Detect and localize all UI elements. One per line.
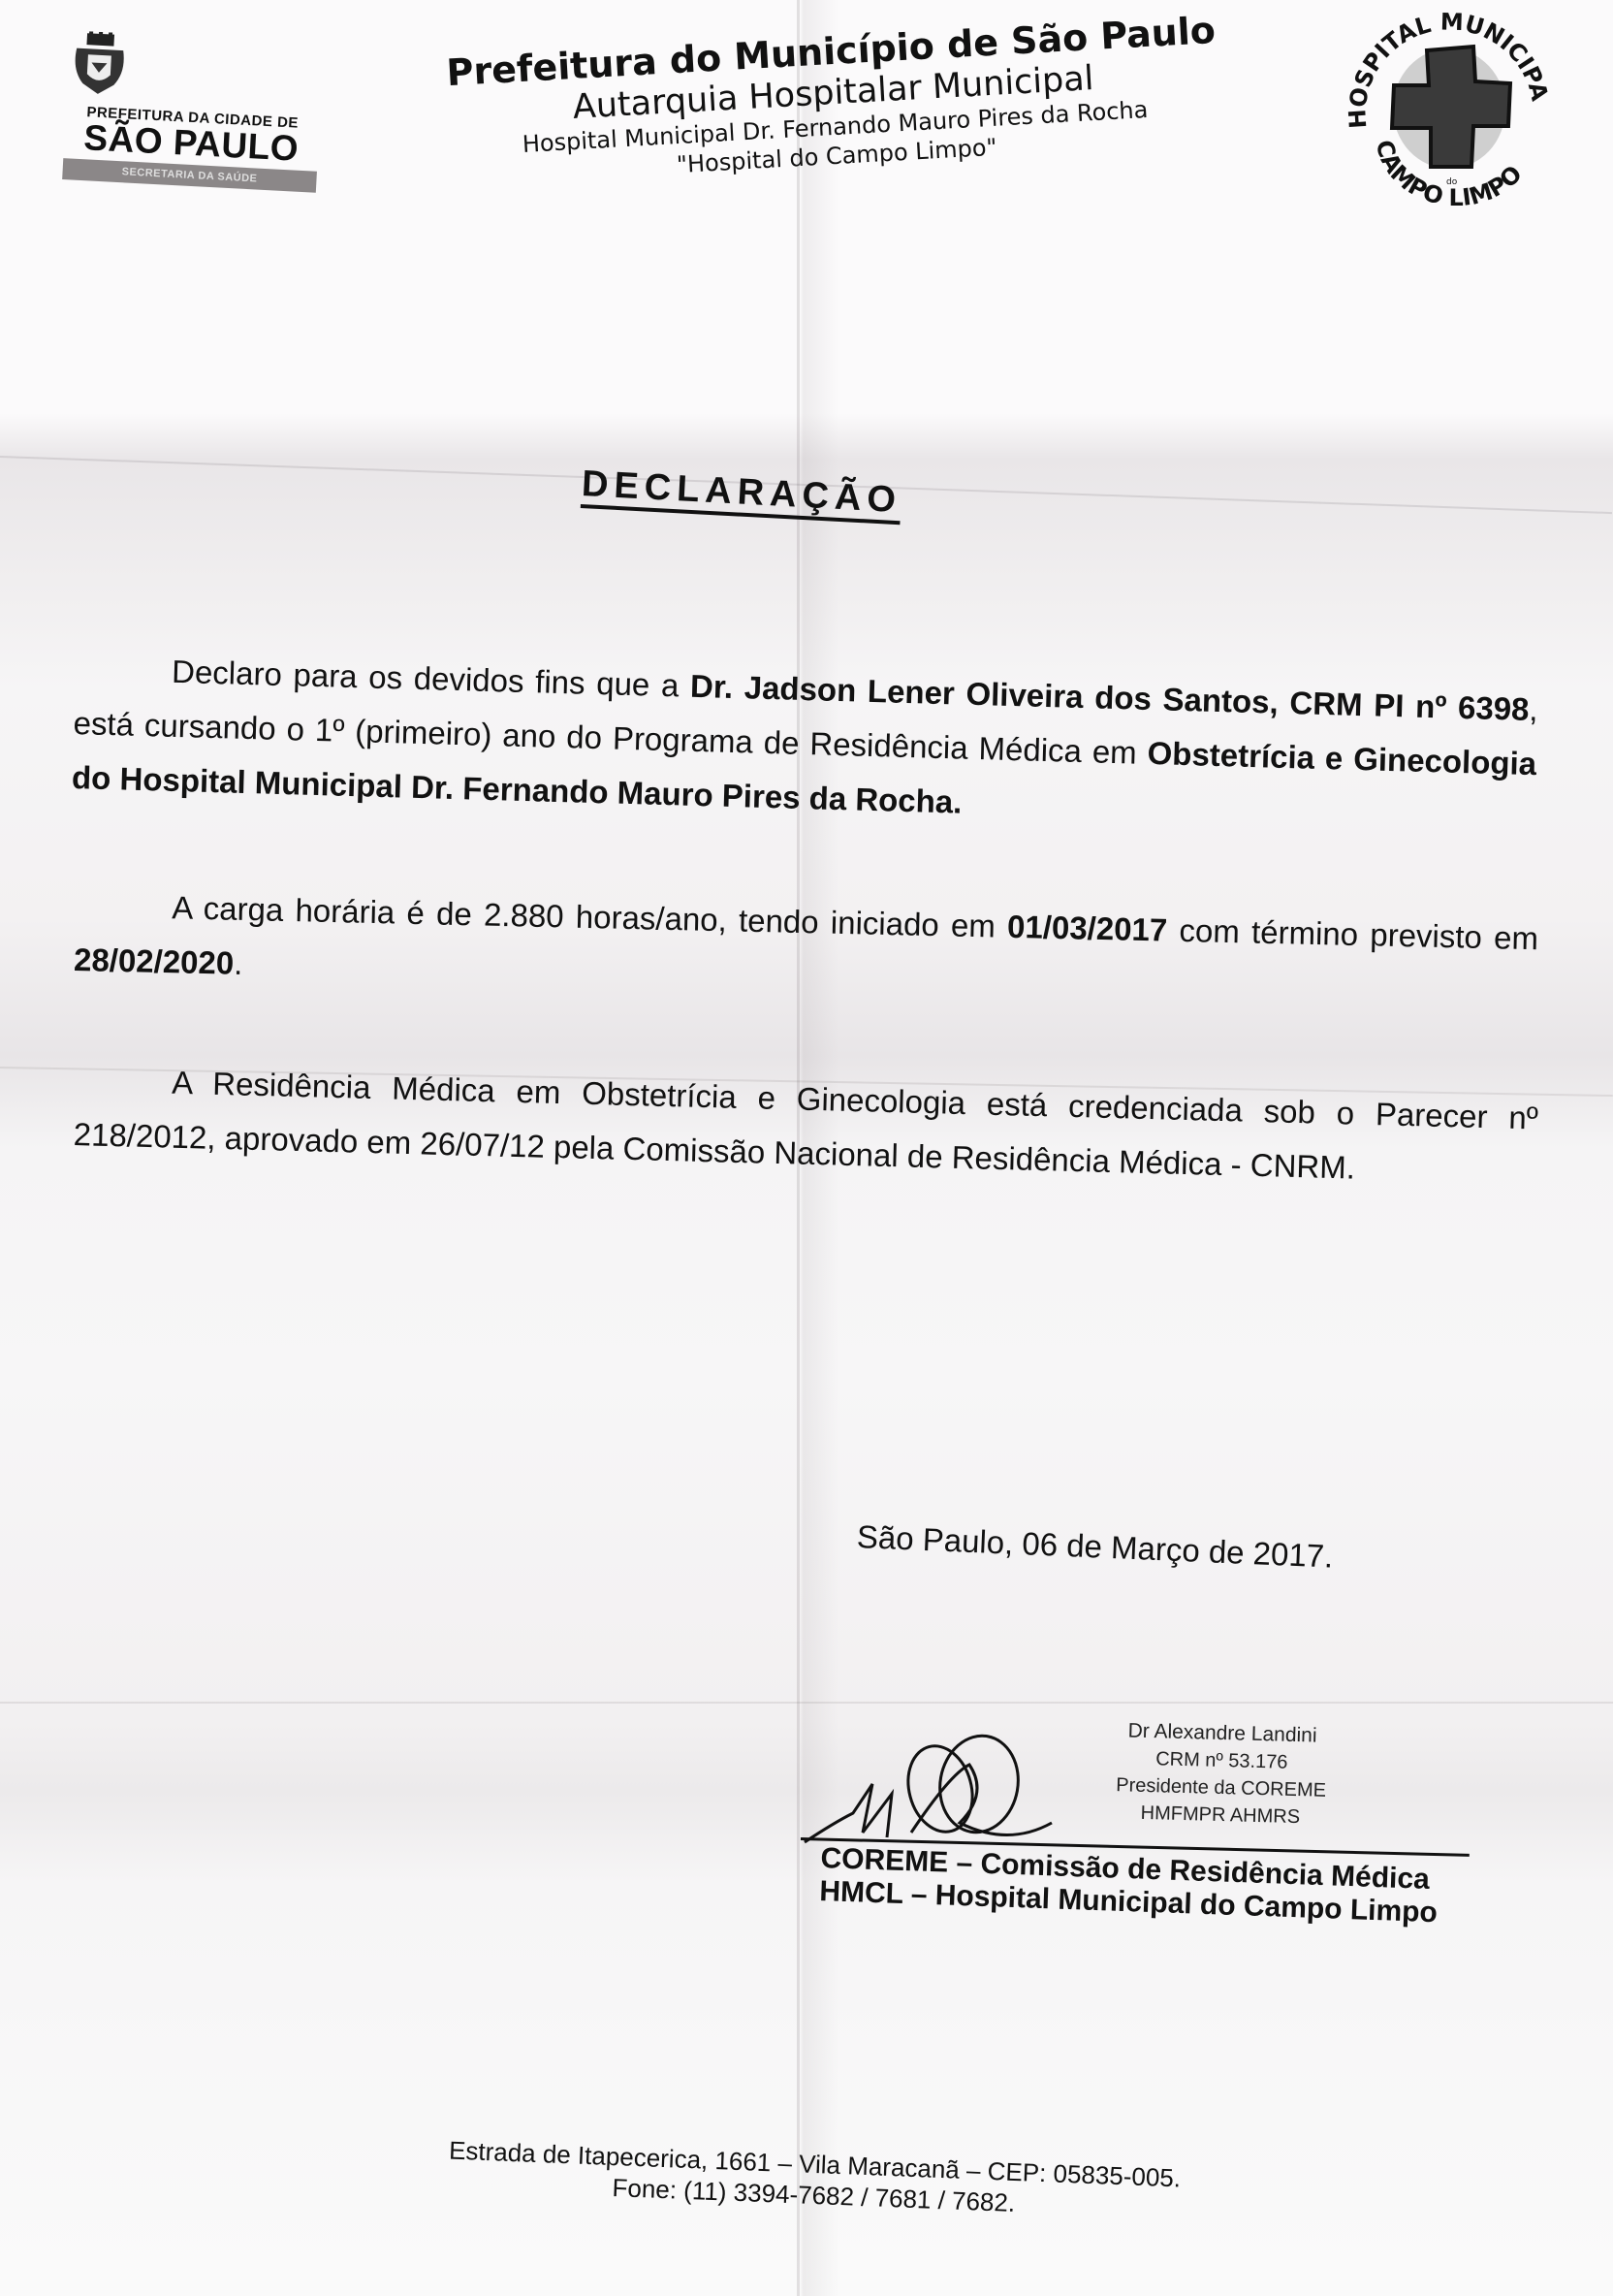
paper-fold (0, 1702, 1613, 1704)
prefeitura-logo: PREFEITURA DA CIDADE DE SÃO PAULO SECRET… (62, 30, 324, 193)
start-date: 01/03/2017 (1007, 909, 1168, 948)
paragraph-accreditation: A Residência Médica em Obstetrícia e Gin… (73, 1053, 1538, 1199)
paragraph-declaration: Declaro para os devidos fins que a Dr. J… (71, 642, 1538, 845)
letterhead: Prefeitura do Município de São Paulo Aut… (395, 5, 1274, 195)
svg-text:do: do (1446, 177, 1458, 187)
signatory-labels: COREME – Comissão de Residência Médica H… (819, 1842, 1439, 1929)
paragraph-workload: A carga horária é de 2.880 horas/ano, te… (73, 878, 1538, 1020)
resident-name: Dr. Jadson Lener Oliveira dos Santos, CR… (690, 668, 1530, 727)
city-crest-icon (69, 30, 130, 99)
signature-stamp: Dr Alexandre Landini CRM nº 53.176 Presi… (1075, 1716, 1369, 1833)
date-line: São Paulo, 06 de Março de 2017. (856, 1518, 1334, 1576)
end-date: 28/02/2020 (74, 941, 235, 981)
document-page: PREFEITURA DA CIDADE DE SÃO PAULO SECRET… (0, 0, 1613, 2296)
document-title: DECLARAÇÃO (581, 463, 902, 525)
footer: Estrada de Itapecerica, 1661 – Vila Mara… (387, 2132, 1242, 2227)
hospital-logo: HOSPITAL MUNICIPAL CAMPO LIMPO do (1338, 12, 1561, 215)
